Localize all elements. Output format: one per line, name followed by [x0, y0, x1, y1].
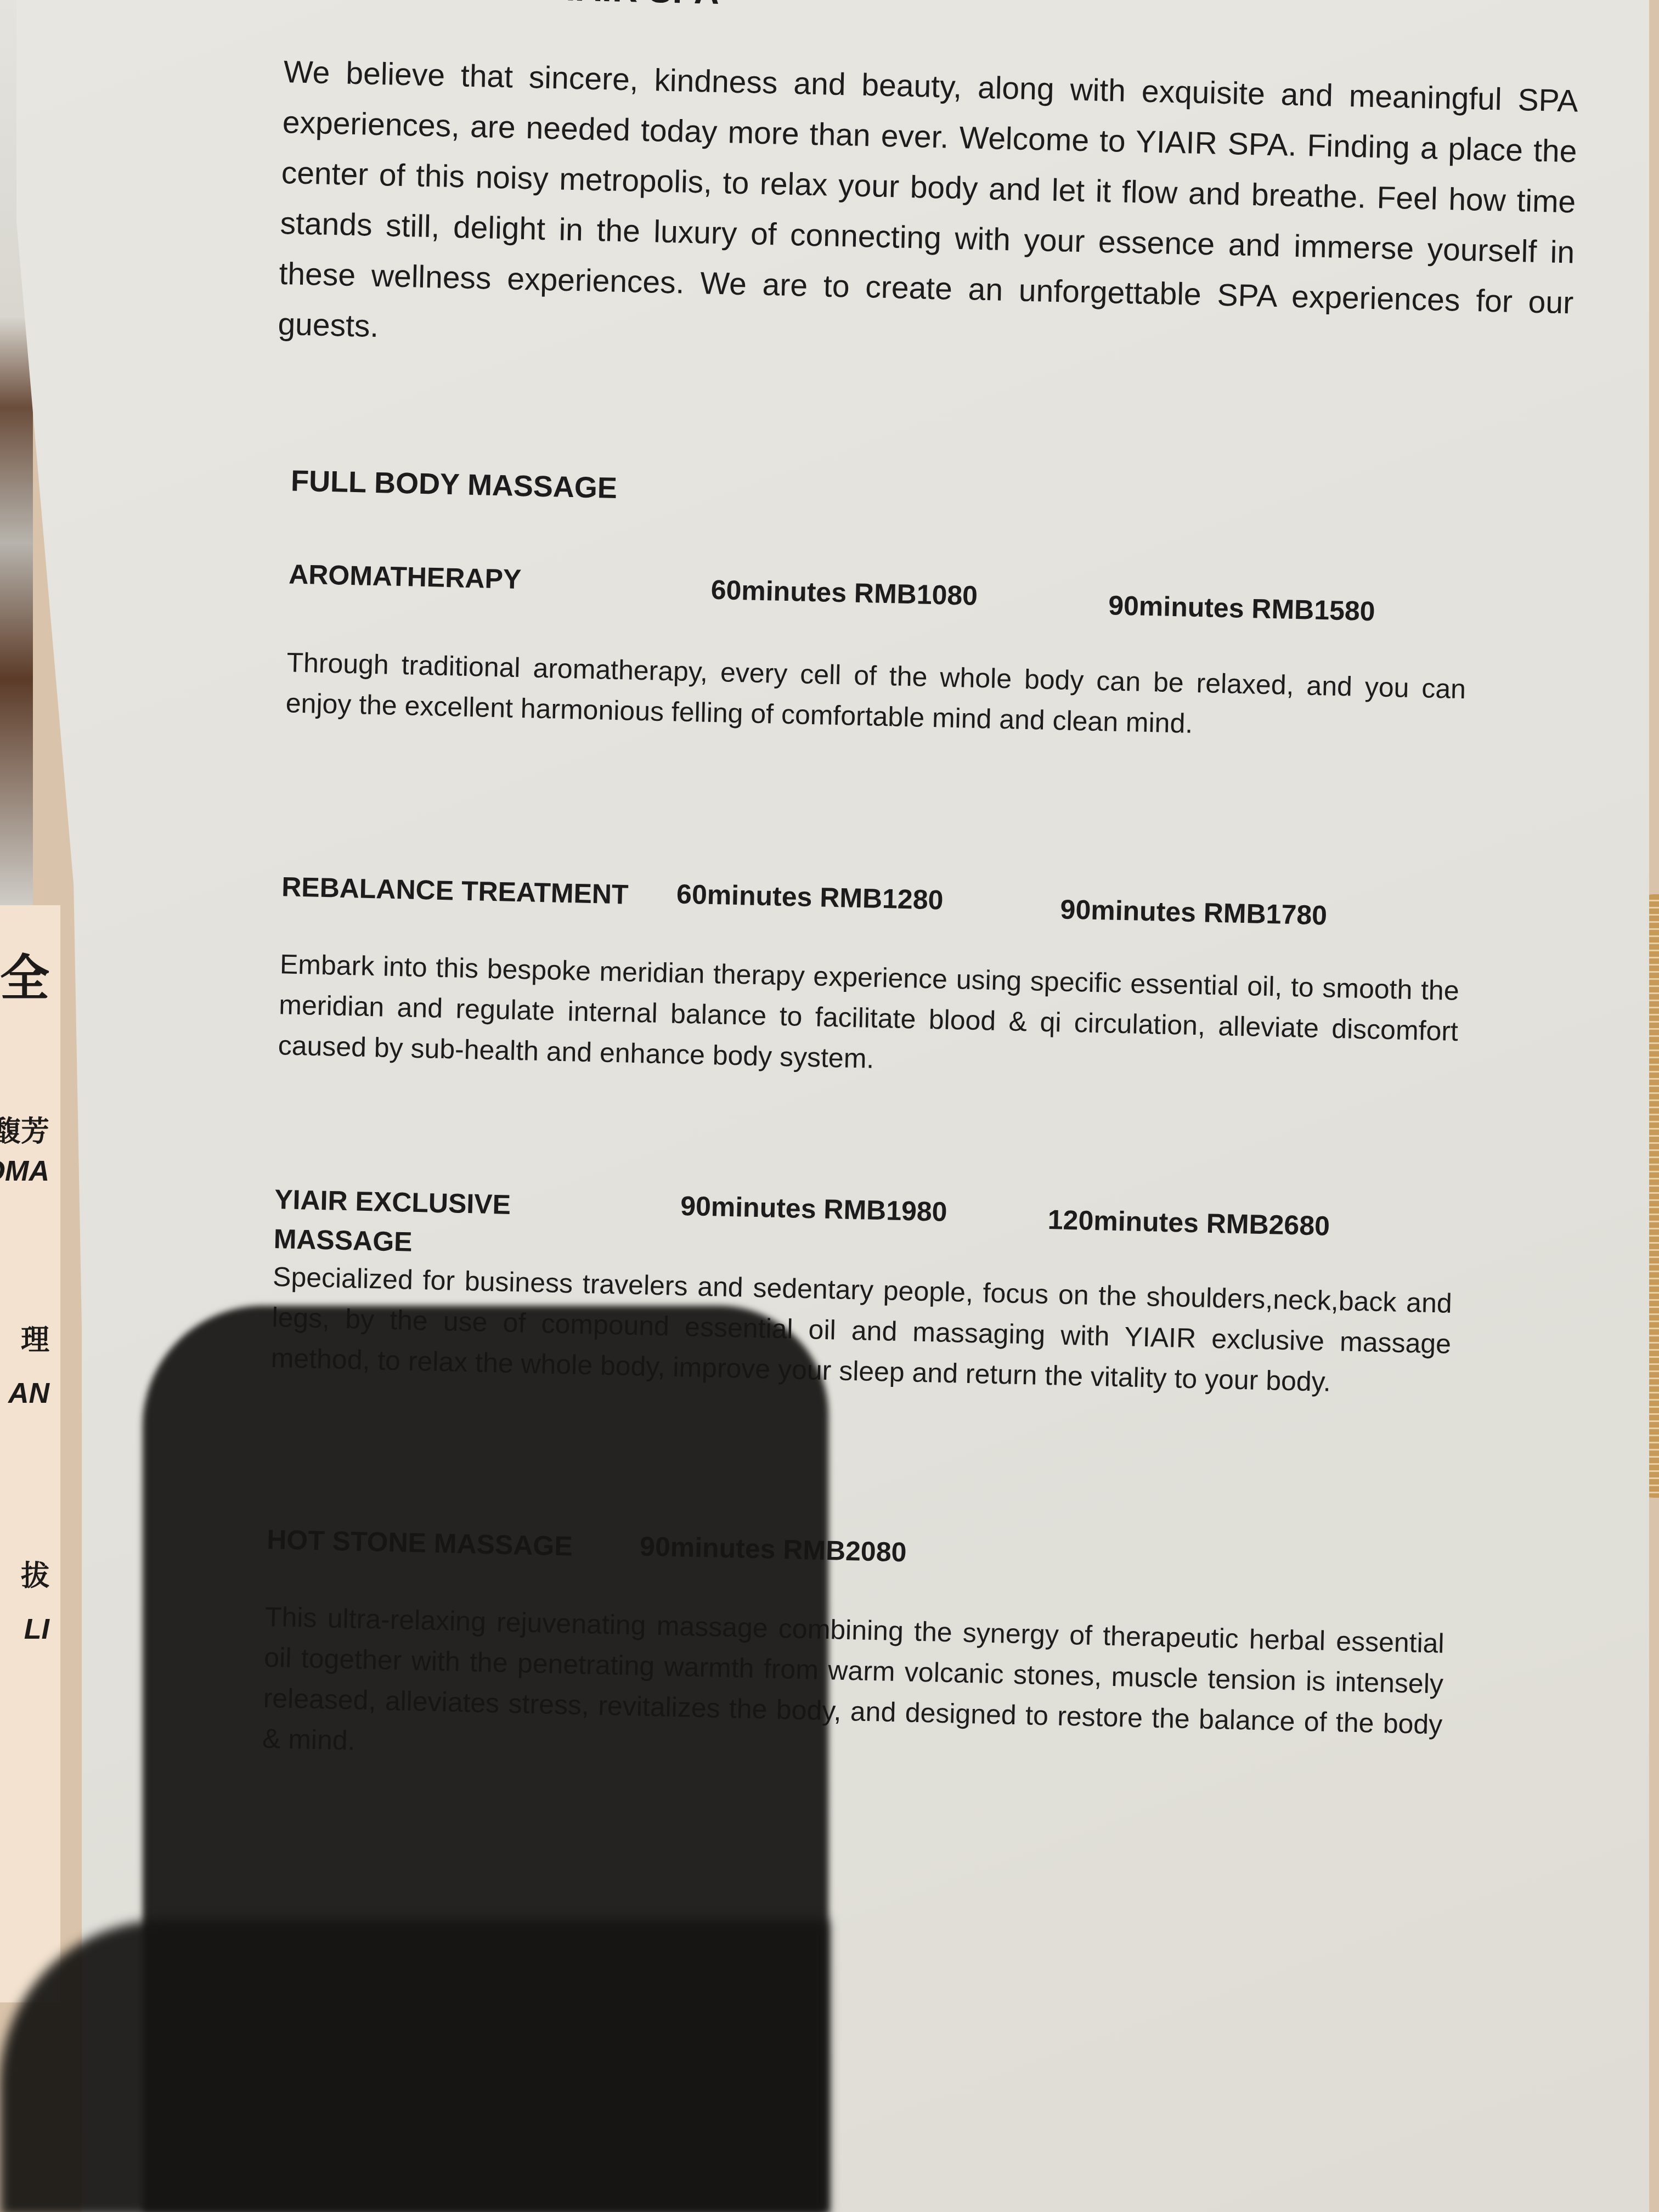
treatment-price: 90minutes RMB1580 [1108, 589, 1376, 627]
treatment-price: 90minutes RMB2080 [640, 1530, 907, 1568]
treatment-name: YIAIR EXCLUSIVE MASSAGE [273, 1180, 516, 1264]
side-menu-text: AN [8, 1377, 49, 1410]
side-menu-text: 理 [21, 1317, 49, 1358]
treatment-price: 60minutes RMB1280 [676, 878, 944, 916]
treatment-price: 90minutes RMB1780 [1060, 893, 1328, 931]
side-menu-text: 拔 [21, 1553, 49, 1594]
side-menu-fragment: 全 馥芳 OMA 理 AN 拔 LI [0, 905, 60, 2002]
treatment-description: This ultra-relaxing rejuvenating massage… [262, 1596, 1444, 1786]
side-menu-text: 全 [0, 938, 49, 1009]
intro-paragraph: We believe that sincere, kindness and be… [278, 47, 1579, 379]
side-menu-text: OMA [0, 1155, 49, 1188]
side-menu-text: 馥芳 [0, 1108, 49, 1149]
treatment-price: 120minutes RMB2680 [1047, 1204, 1330, 1242]
treatment-price: 60minutes RMB1080 [710, 574, 978, 612]
treatment-name: REBALANCE TREATMENT [281, 867, 633, 915]
treatment-price: 90minutes RMB1980 [680, 1190, 948, 1228]
side-menu-text: LI [24, 1613, 49, 1646]
treatment-name: AROMATHERAPY [288, 554, 520, 599]
treatment-name: HOT STONE MASSAGE [267, 1520, 596, 1567]
